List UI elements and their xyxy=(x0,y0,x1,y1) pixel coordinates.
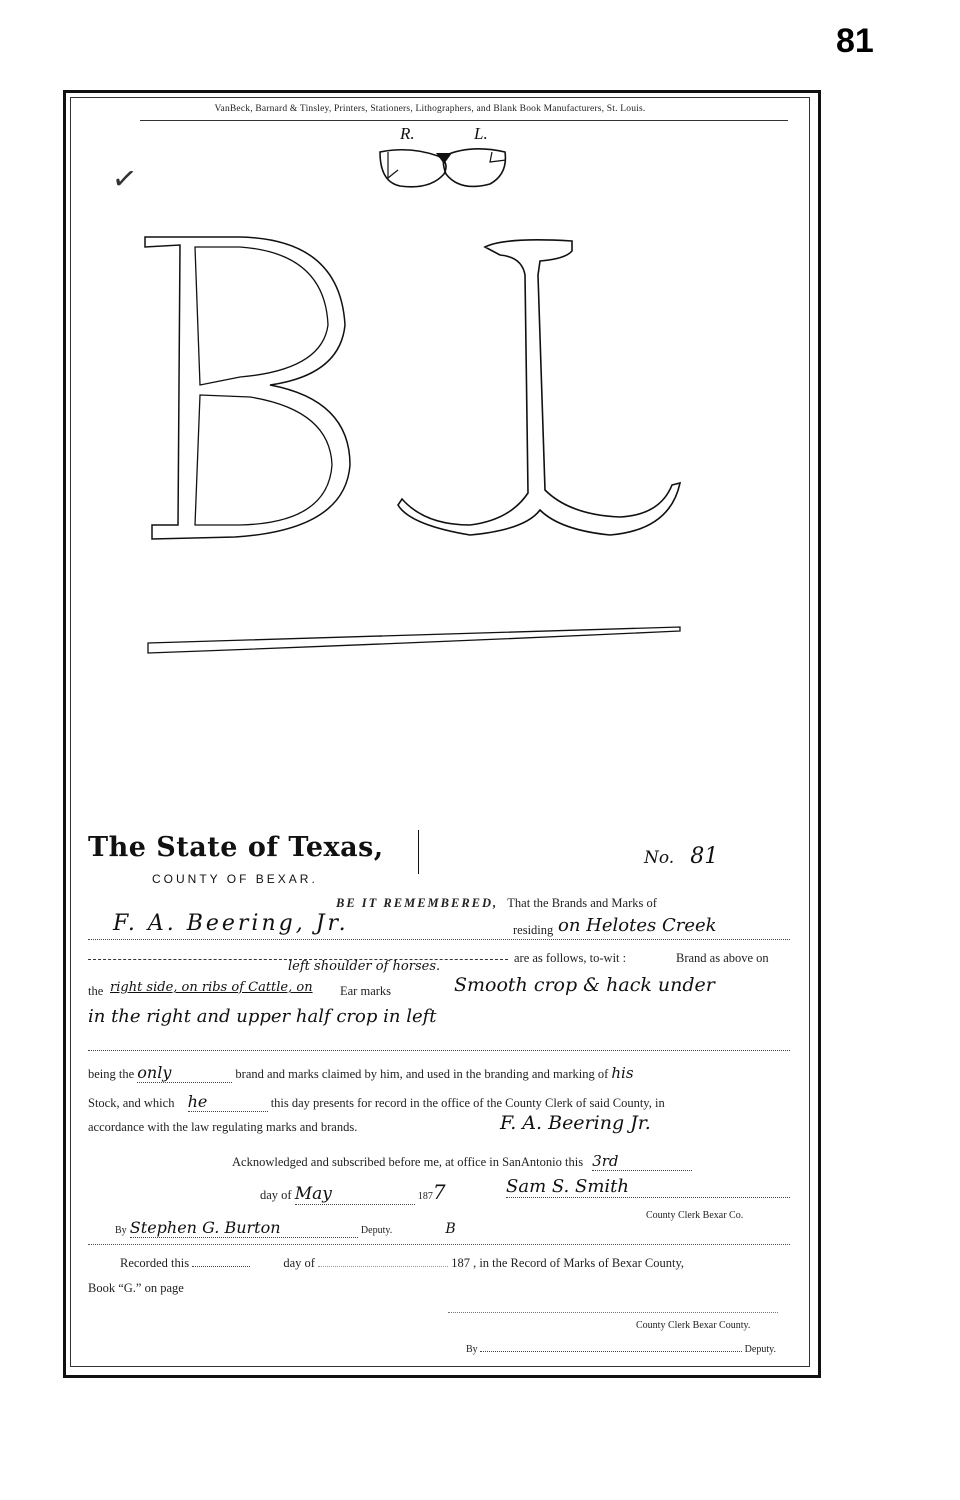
recorded-record-text: , in the Record of Marks of Bexar County… xyxy=(473,1256,684,1270)
recorded-day-of: day of xyxy=(283,1256,315,1270)
year-prefix: 187 xyxy=(418,1191,433,1202)
recorded-this: Recorded this xyxy=(120,1256,189,1270)
record-number: No. 81 xyxy=(644,844,718,869)
brand-location-cattle: right side, on ribs of Cattle, on xyxy=(110,980,313,995)
recorded-day-field xyxy=(192,1266,250,1267)
state-title: The State of Texas, xyxy=(88,832,384,863)
deputy-signature: Stephen G. Burton xyxy=(130,1218,358,1238)
ear-marks-line-2: in the right and upper half crop in left xyxy=(88,1006,790,1032)
day-value: 3rd xyxy=(592,1152,692,1171)
brand-bj-icon xyxy=(140,225,700,675)
owner-line: F. A. Beering, Jr. residing on Helotes C… xyxy=(88,915,790,940)
residing-label: residing xyxy=(513,923,553,938)
ear-marks-line: the right side, on ribs of Cattle, on Ea… xyxy=(88,976,790,1002)
month-value: May xyxy=(295,1184,415,1205)
recorded-line: Recorded this day of 187 , in the Record… xyxy=(120,1256,792,1271)
county-label: COUNTY OF BEXAR. xyxy=(152,872,318,886)
claim-line: being the only brand and marks claimed b… xyxy=(88,1063,790,1083)
ear-marks-value-1: Smooth crop & hack under xyxy=(454,974,715,996)
recorded-year-prefix: 187 xyxy=(451,1256,470,1270)
ear-marks-label: Ear marks xyxy=(340,984,391,999)
deputy-label: Deputy. xyxy=(361,1225,392,1236)
recorded-month-field xyxy=(318,1266,448,1267)
section-divider xyxy=(88,1244,790,1245)
ear-marks-value-2: in the right and upper half crop in left xyxy=(88,1006,437,1027)
date-line: day of May 1877 Sam S. Smith xyxy=(260,1180,790,1204)
ear-label-right: R. xyxy=(400,124,415,144)
brand-location-horses: left shoulder of horses. xyxy=(288,959,440,974)
number-value: 81 xyxy=(690,844,718,869)
accordance-text: accordance with the law regulating marks… xyxy=(88,1120,357,1134)
only-value: only xyxy=(137,1063,232,1083)
number-label: No. xyxy=(644,848,674,868)
check-mark-icon: ✓ xyxy=(110,160,140,198)
recorded-deputy-line: By Deputy. xyxy=(466,1344,788,1355)
accordance-line: accordance with the law regulating marks… xyxy=(88,1120,790,1144)
he-value: he xyxy=(188,1092,268,1112)
deputy-line: By Stephen G. Burton Deputy. B xyxy=(115,1218,515,1242)
presents-text: this day presents for record in the offi… xyxy=(271,1096,665,1110)
recorded-clerk-title: County Clerk Bexar County. xyxy=(636,1320,750,1331)
his-value: his xyxy=(611,1064,633,1082)
printer-imprint: VanBeck, Barnard & Tinsley, Printers, St… xyxy=(130,104,730,114)
acknowledgment-line: Acknowledged and subscribed before me, a… xyxy=(232,1152,792,1171)
stock-line: Stock, and which he this day presents fo… xyxy=(88,1092,790,1112)
owner-name: F. A. Beering, Jr. xyxy=(113,911,349,936)
recorded-deputy-field xyxy=(480,1351,742,1352)
are-as-follows: are as follows, to-wit : xyxy=(514,951,626,966)
acknowledgment-text: Acknowledged and subscribed before me, a… xyxy=(232,1155,583,1169)
initial-mark: B xyxy=(445,1221,455,1237)
ear-label-left: L. xyxy=(474,124,488,144)
page-number: 81 xyxy=(836,22,874,61)
clerk-signature: Sam S. Smith xyxy=(506,1176,790,1198)
be-it-remembered: BE IT REMEMBERED, xyxy=(336,896,498,910)
the-label: the xyxy=(88,984,103,999)
being-the: being the xyxy=(88,1067,134,1081)
ear-marks-icon xyxy=(370,144,520,192)
claimed-text: brand and marks claimed by him, and used… xyxy=(235,1067,608,1081)
clerk-title: County Clerk Bexar Co. xyxy=(646,1210,743,1221)
blank-line xyxy=(88,1050,790,1051)
follows-line: left shoulder of horses. are as follows,… xyxy=(88,945,790,967)
owner-signature: F. A. Beering Jr. xyxy=(500,1112,651,1134)
day-of-label: day of xyxy=(260,1188,292,1202)
be-it-remembered-line: BE IT REMEMBERED, That the Brands and Ma… xyxy=(336,896,790,911)
residence-value: on Helotes Creek xyxy=(558,915,717,936)
stock-and-which: Stock, and which xyxy=(88,1096,174,1110)
recorded-deputy-label: Deputy. xyxy=(745,1344,776,1355)
ear-marks-diagram: R. L. xyxy=(370,124,520,192)
brands-and-marks-of: That the Brands and Marks of xyxy=(507,896,657,910)
year-suffix: 7 xyxy=(433,1180,446,1204)
by-label: By xyxy=(115,1225,127,1236)
recorded-by-label: By xyxy=(466,1344,478,1355)
clerk-signature-line xyxy=(448,1312,778,1313)
header-brace xyxy=(418,830,421,874)
brand-as-above-on: Brand as above on xyxy=(676,951,769,966)
printer-rule xyxy=(140,120,788,121)
book-line: Book “G.” on page xyxy=(88,1281,184,1296)
